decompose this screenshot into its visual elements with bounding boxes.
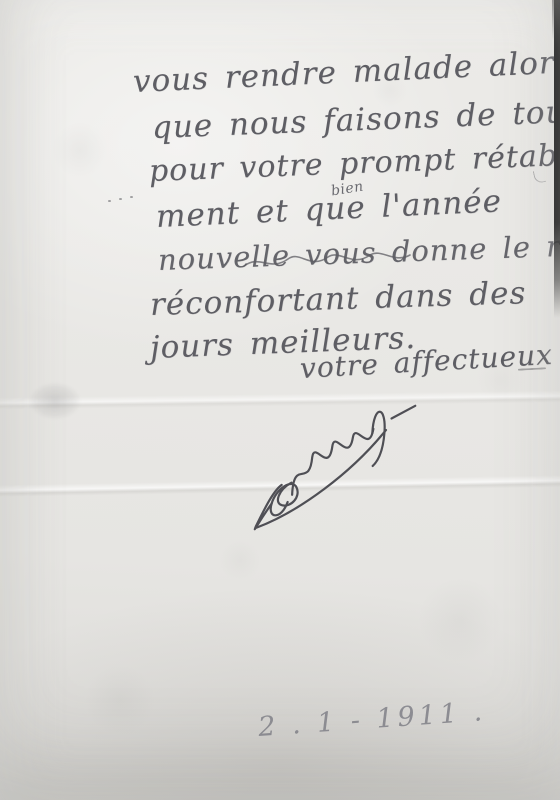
handwritten-line-6: réconfortant dans des (149, 275, 526, 323)
scan-edge-strip (554, 0, 560, 318)
handwritten-line-1: vous rendre malade alors (132, 44, 560, 100)
signature (225, 388, 448, 536)
stray-pencil-dots (108, 196, 140, 206)
handwritten-line-2: que nous faisons de tout (151, 94, 560, 146)
letter-photograph: vous rendre malade alors que nous faison… (0, 0, 560, 800)
handwritten-line-4: ment et que l'année (155, 183, 503, 235)
date-line: 2 . 1 - 1911 . (257, 696, 487, 743)
pencil-smudge (20, 376, 90, 426)
overwrite-scribble (242, 246, 417, 276)
